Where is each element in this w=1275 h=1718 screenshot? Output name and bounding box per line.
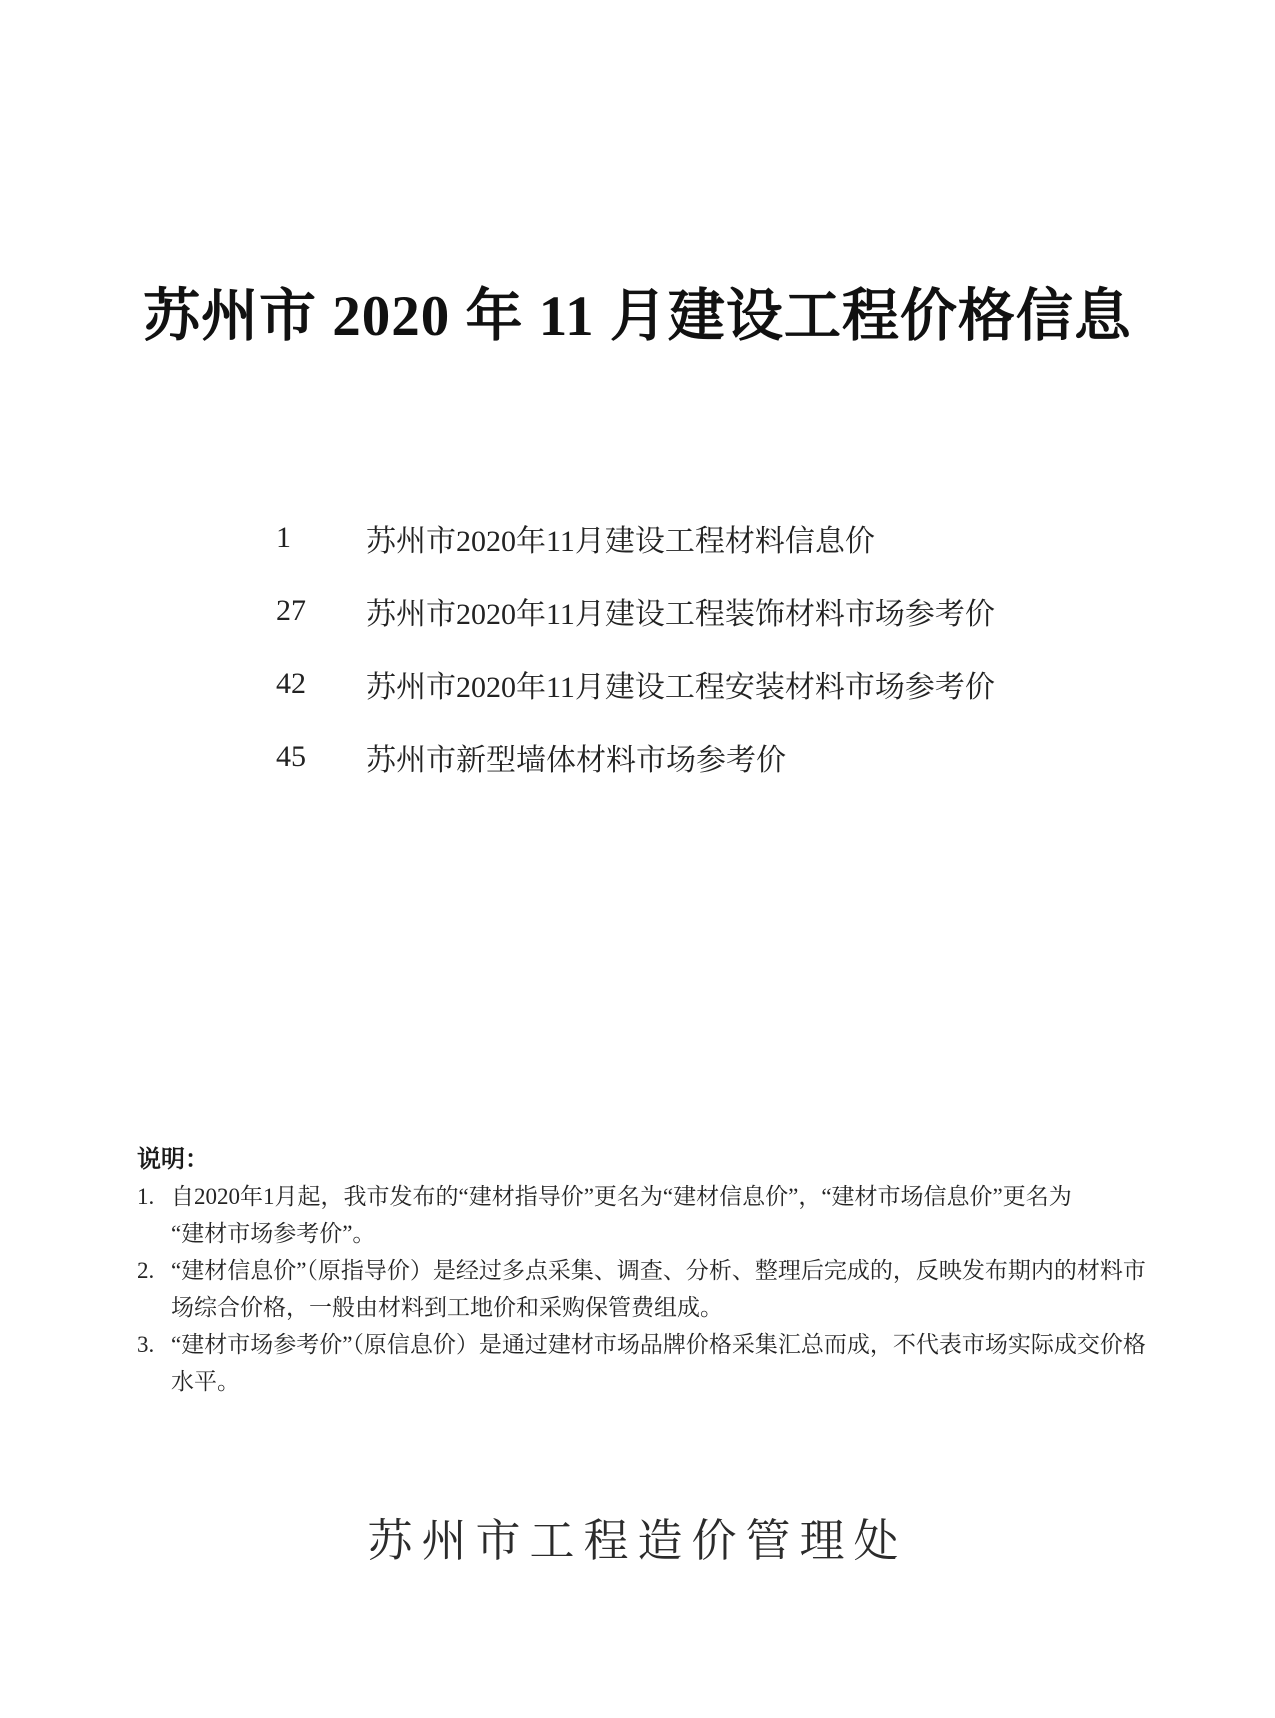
note-item: 2. “建材信息价”（原指导价）是经过多点采集、调查、分析、整理后完成的，反映发… [137, 1252, 1217, 1326]
note-number: 2. [137, 1252, 171, 1326]
toc-entry: 27 苏州市2020年11月建设工程装饰材料市场参考价 [276, 574, 995, 647]
note-line: 场综合价格，一般由材料到工地价和采购保管费组成。 [171, 1289, 1146, 1326]
toc-entry: 42 苏州市2020年11月建设工程安装材料市场参考价 [276, 647, 995, 720]
note-body: “建材市场参考价”（原信息价）是通过建材市场品牌价格采集汇总而成，不代表市场实际… [171, 1326, 1146, 1400]
toc-page-number: 42 [276, 667, 366, 701]
note-number: 1. [137, 1178, 171, 1252]
toc-page-number: 45 [276, 740, 366, 774]
note-line: “建材信息价”（原指导价）是经过多点采集、调查、分析、整理后完成的，反映发布期内… [171, 1252, 1146, 1289]
toc-page-number: 1 [276, 521, 366, 555]
toc-entry-label: 苏州市新型墙体材料市场参考价 [366, 735, 786, 779]
note-line: “建材市场参考价”（原信息价）是通过建材市场品牌价格采集汇总而成，不代表市场实际… [171, 1326, 1146, 1363]
note-line: 水平。 [171, 1363, 1146, 1400]
note-item: 1. 自2020年1月起，我市发布的“建材指导价”更名为“建材信息价”，“建材市… [137, 1178, 1217, 1252]
note-line: 自2020年1月起，我市发布的“建材指导价”更名为“建材信息价”，“建材市场信息… [171, 1178, 1072, 1215]
note-number: 3. [137, 1326, 171, 1400]
toc-entry-label: 苏州市2020年11月建设工程装饰材料市场参考价 [366, 589, 995, 633]
note-body: 自2020年1月起，我市发布的“建材指导价”更名为“建材信息价”，“建材市场信息… [171, 1178, 1072, 1252]
note-line: “建材市场参考价”。 [171, 1215, 1072, 1252]
toc-page-number: 27 [276, 594, 366, 628]
toc-entry-label: 苏州市2020年11月建设工程安装材料市场参考价 [366, 662, 995, 706]
footer-organization-name: 苏州市工程造价管理处 [0, 1504, 1275, 1569]
toc-entry: 45 苏州市新型墙体材料市场参考价 [276, 720, 995, 793]
note-item: 3. “建材市场参考价”（原信息价）是通过建材市场品牌价格采集汇总而成，不代表市… [137, 1326, 1217, 1400]
notes-heading: 说明： [137, 1141, 1217, 1178]
page-title: 苏州市 2020 年 11 月建设工程价格信息 [0, 270, 1275, 352]
toc-entry-label: 苏州市2020年11月建设工程材料信息价 [366, 516, 875, 560]
table-of-contents: 1 苏州市2020年11月建设工程材料信息价 27 苏州市2020年11月建设工… [276, 501, 995, 793]
note-body: “建材信息价”（原指导价）是经过多点采集、调查、分析、整理后完成的，反映发布期内… [171, 1252, 1146, 1326]
toc-entry: 1 苏州市2020年11月建设工程材料信息价 [276, 501, 995, 574]
document-page: 苏州市 2020 年 11 月建设工程价格信息 1 苏州市2020年11月建设工… [0, 0, 1275, 1718]
notes-section: 说明： 1. 自2020年1月起，我市发布的“建材指导价”更名为“建材信息价”，… [137, 1141, 1217, 1400]
